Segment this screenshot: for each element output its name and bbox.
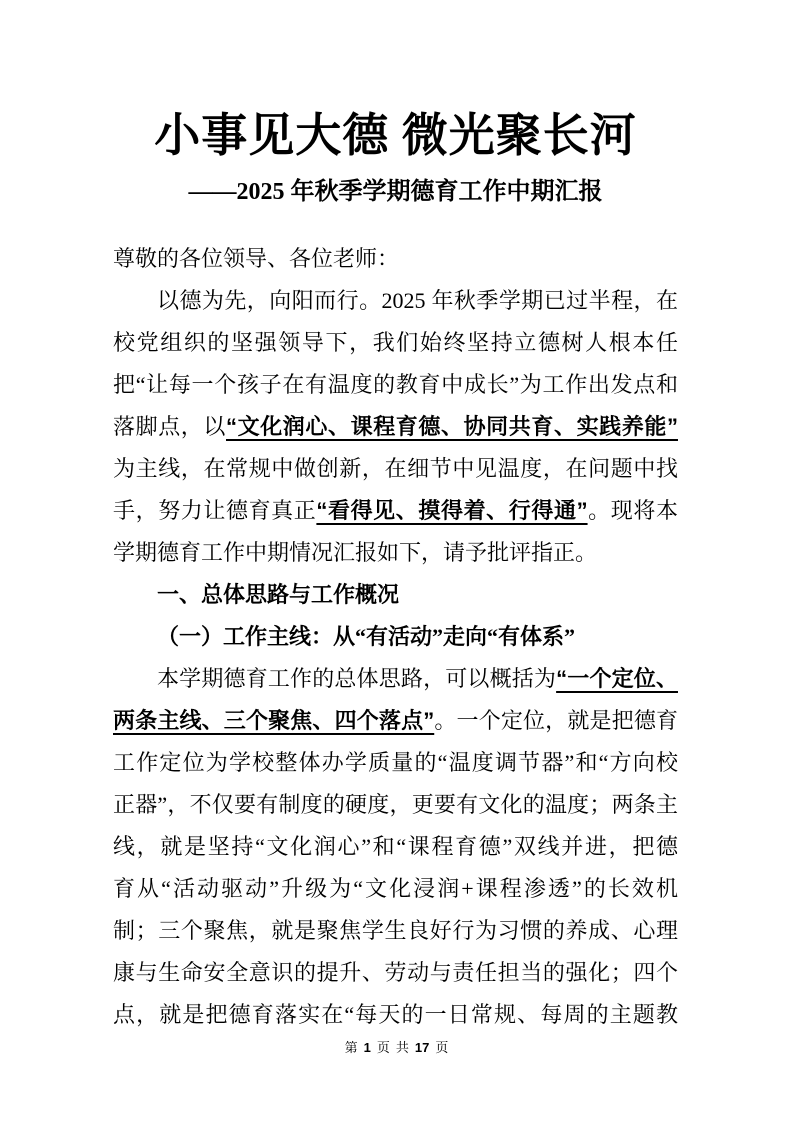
text-line: 尊敬的各位领导、各位老师： xyxy=(113,238,678,280)
document-page: 小事见大德 微光聚长河 ——2025 年秋季学期德育工作中期汇报 尊敬的各位领导… xyxy=(0,0,793,1122)
text-line: 工作定位为学校整体办学质量的“温度调节器”和“方向校 xyxy=(113,742,678,784)
section-heading-text: 一、总体思路与工作概况 xyxy=(157,582,399,607)
footer-pages-label: 页 xyxy=(377,1040,390,1055)
body-text-run: 学期德育工作中期情况汇报如下，请予批评指正。 xyxy=(113,540,597,565)
footer-page-number: 1 xyxy=(364,1040,371,1055)
document-title: 小事见大德 微光聚长河 xyxy=(113,100,678,172)
text-line: 校党组织的坚强领导下，我们始终坚持立德树人根本任务， xyxy=(113,322,678,364)
subsection-heading-text: （一）工作主线：从“有活动”走向“有体系” xyxy=(157,624,575,649)
text-line: 手，努力让德育真正“看得见、摸得着、行得通”。现将本 xyxy=(113,490,678,532)
document-subtitle: ——2025 年秋季学期德育工作中期汇报 xyxy=(113,172,678,212)
text-line: 制；三个聚焦，就是聚焦学生良好行为习惯的养成、心理健 xyxy=(113,910,678,952)
body-text-run: 把“让每一个孩子在有温度的教育中成长”为工作出发点和 xyxy=(113,372,678,397)
text-line: 把“让每一个孩子在有温度的教育中成长”为工作出发点和 xyxy=(113,364,678,406)
body-text-run: 尊敬的各位领导、各位老师： xyxy=(113,246,399,271)
text-line: 以德为先，向阳而行。2025 年秋季学期已过半程，在学 xyxy=(113,280,678,322)
body-text-run: 。现将本 xyxy=(588,498,678,523)
document-content: 小事见大德 微光聚长河 ——2025 年秋季学期德育工作中期汇报 尊敬的各位领导… xyxy=(113,0,678,1036)
footer-total-label: 共 xyxy=(396,1040,409,1055)
text-line: （一）工作主线：从“有活动”走向“有体系” xyxy=(113,616,678,658)
emphasis-underlined-text: “看得见、摸得着、行得通” xyxy=(316,498,587,523)
body-text-run: 校党组织的坚强领导下，我们始终坚持立德树人根本任务， xyxy=(113,330,678,364)
body-text-run: 本学期德育工作的总体思路，可以概括为 xyxy=(157,666,556,691)
footer-pages-label-2: 页 xyxy=(435,1040,448,1055)
body-text-run: 。一个定位，就是把德育 xyxy=(434,708,678,733)
body-text-run: 工作定位为学校整体办学质量的“温度调节器”和“方向校 xyxy=(113,750,678,775)
body-text-run: 制；三个聚焦，就是聚焦学生良好行为习惯的养成、心理健 xyxy=(113,918,678,952)
emphasis-underlined-text: “文化润心、课程育德、协同共育、实践养能” xyxy=(226,414,678,439)
body-text-run: 线，就是坚持“文化润心”和“课程育德”双线并进，把德 xyxy=(113,834,678,859)
text-line: 两条主线、三个聚焦、四个落点”。一个定位，就是把德育 xyxy=(113,700,678,742)
text-line: 学期德育工作中期情况汇报如下，请予批评指正。 xyxy=(113,532,678,574)
body-text-run: 康与生命安全意识的提升、劳动与责任担当的强化；四个落 xyxy=(113,960,678,994)
body-text-run: 落脚点，以 xyxy=(113,414,226,439)
text-line: 一、总体思路与工作概况 xyxy=(113,574,678,616)
text-line: 育从“活动驱动”升级为“文化浸润+课程渗透”的长效机 xyxy=(113,868,678,910)
emphasis-underlined-text: 两条主线、三个聚焦、四个落点” xyxy=(113,708,434,733)
body-text-run: 点，就是把德育落实在“每天的一日常规、每周的主题教育、 xyxy=(113,1002,678,1036)
body-text-run: 手，努力让德育真正 xyxy=(113,498,316,523)
text-line: 正器”，不仅要有制度的硬度，更要有文化的温度；两条主 xyxy=(113,784,678,826)
body-text-run: 育从“活动驱动”升级为“文化浸润+课程渗透”的长效机 xyxy=(113,876,678,901)
text-line: 为主线，在常规中做创新，在细节中见温度，在问题中找抓 xyxy=(113,448,678,490)
text-line: 本学期德育工作的总体思路，可以概括为“一个定位、 xyxy=(113,658,678,700)
page-footer: 第1页共17页 xyxy=(0,1038,793,1058)
footer-total-pages: 17 xyxy=(415,1040,429,1055)
text-line: 康与生命安全意识的提升、劳动与责任担当的强化；四个落 xyxy=(113,952,678,994)
text-line: 点，就是把德育落实在“每天的一日常规、每周的主题教育、 xyxy=(113,994,678,1036)
text-line: 线，就是坚持“文化润心”和“课程育德”双线并进，把德 xyxy=(113,826,678,868)
body-text-run: 以德为先，向阳而行。2025 年秋季学期已过半程，在学 xyxy=(113,288,678,322)
body-text-run: 为主线，在常规中做创新，在细节中见温度，在问题中找抓 xyxy=(113,456,678,490)
footer-page-prefix: 第 xyxy=(345,1040,358,1055)
document-body: 尊敬的各位领导、各位老师：以德为先，向阳而行。2025 年秋季学期已过半程，在学… xyxy=(113,238,678,1036)
body-text-run: 正器”，不仅要有制度的硬度，更要有文化的温度；两条主 xyxy=(113,792,678,817)
emphasis-underlined-text: “一个定位、 xyxy=(556,666,678,691)
text-line: 落脚点，以“文化润心、课程育德、协同共育、实践养能” xyxy=(113,406,678,448)
